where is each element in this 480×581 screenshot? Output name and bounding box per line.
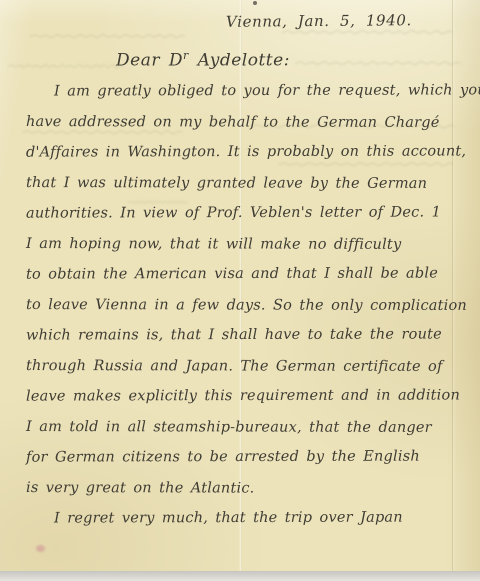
- letter-line: leave makes explicitly this requirement …: [26, 380, 472, 412]
- letter-line: d'Affaires in Washington. It is probably…: [26, 136, 472, 168]
- letter-line: to leave Vienna in a few days. So the on…: [26, 290, 472, 321]
- stain-mark: [36, 545, 45, 552]
- letter-line: I regret very much, that the trip over J…: [26, 502, 472, 534]
- letter-dateline: Vienna, Jan. 5, 1940.: [226, 9, 412, 33]
- letter-line: which remains is, that I shall have to t…: [26, 319, 472, 351]
- letter-body: I am greatly obliged to you for the requ…: [26, 76, 472, 534]
- letter-scan: Vienna, Jan. 5, 1940. Dear Dr Aydelotte:…: [0, 0, 480, 571]
- bleedthrough-writing: [30, 30, 185, 44]
- letter-line: I am hoping now, that it will make no di…: [26, 229, 472, 260]
- letter-line: is very great on the Atlantic.: [26, 473, 472, 504]
- letter-line: that I was ultimately granted leave by t…: [26, 168, 472, 199]
- letter-salutation: Dear Dr Aydelotte:: [116, 44, 290, 73]
- letter-line: have addressed on my behalf to the Germa…: [26, 107, 472, 138]
- letter-line: I am told in all steamship-bureaux, that…: [26, 412, 472, 443]
- ink-speck: [253, 1, 257, 5]
- salutation-text: Aydelotte:: [189, 51, 290, 71]
- letter-line: authorities. In view of Prof. Veblen's l…: [26, 197, 472, 229]
- letter-line: I am greatly obliged to you for the requ…: [26, 75, 472, 107]
- scan-edge-strip: [0, 571, 480, 581]
- bleedthrough-writing: [295, 57, 460, 71]
- letter-line: for German citizens to be arrested by th…: [26, 441, 472, 473]
- letter-line: to obtain the American visa and that I s…: [26, 258, 472, 290]
- bleedthrough-writing: [8, 60, 123, 74]
- salutation-text: Dear D: [116, 51, 183, 71]
- letter-line: through Russia and Japan. The German cer…: [26, 351, 472, 382]
